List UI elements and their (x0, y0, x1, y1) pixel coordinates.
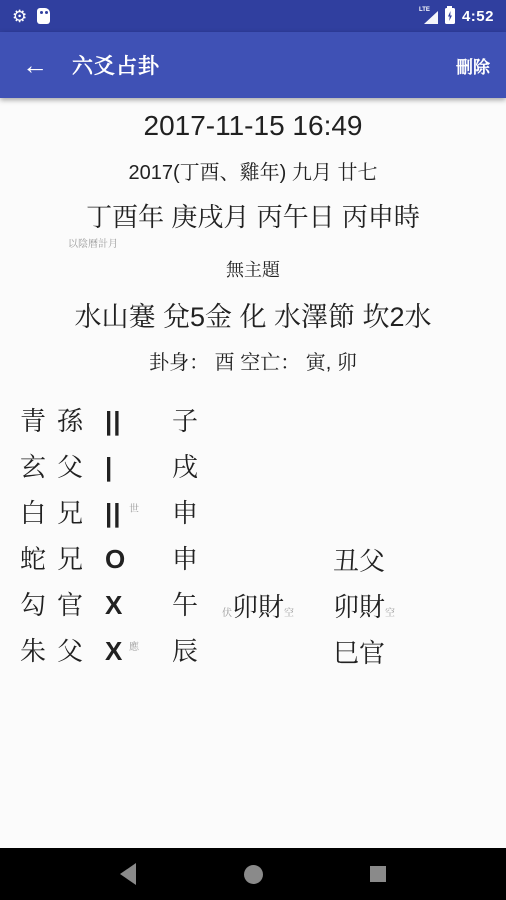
nav-home-button[interactable] (233, 854, 273, 894)
hexagram-line-row: 朱 父 X 應 辰 巳官 (0, 628, 506, 674)
six-god-label: 勾 (20, 582, 46, 628)
hexagram-line-row: 蛇 兄 O 申 丑父 (0, 536, 506, 582)
yao-symbol: X (105, 628, 123, 674)
earthly-branch-label: 午 (172, 582, 198, 628)
nav-back-button[interactable] (108, 854, 148, 894)
six-god-label: 朱 (20, 628, 46, 674)
status-bar-left: ⚙ (12, 8, 50, 25)
six-god-label: 白 (20, 490, 46, 536)
six-god-label: 青 (20, 398, 46, 444)
six-relative-label: 兄 (57, 490, 83, 536)
six-relative-label: 父 (57, 444, 83, 490)
signal-triangle (424, 11, 438, 24)
back-arrow-icon[interactable]: ← (22, 52, 48, 78)
recents-square-icon (370, 866, 386, 882)
cell-signal-icon: LTE (421, 9, 438, 24)
earthly-branch-label: 申 (172, 490, 198, 536)
hexagram-name-text: 水山蹇 兌5金 化 水澤節 坎2水 (0, 295, 506, 334)
earthly-branch-label: 申 (172, 536, 198, 582)
home-circle-icon (244, 865, 263, 884)
hexagram-lines: 青 孫 || 子 玄 父 | 戌 (0, 398, 506, 674)
changed-void-marker: 空 (385, 609, 395, 620)
ganzhi-text: 丁酉年 庚戌月 丙午日 丙申時 (0, 197, 506, 234)
hidden-spirit-group: 伏卯財空 (222, 582, 294, 628)
shi-ying-marker: 世 (129, 505, 139, 515)
notification-icon (37, 8, 50, 24)
clock-text: 4:52 (462, 8, 494, 25)
android-nav-bar (0, 848, 506, 900)
hexagram-line-row: 白 兄 || 世 申 (0, 490, 506, 536)
gua-body-void-text: 卦身： 酉 空亡： 寅, 卯 (0, 346, 506, 375)
shi-ying-marker: 應 (129, 643, 139, 653)
changed-line-group: 卯財空 (333, 582, 395, 628)
app-bar: ← 六爻占卦 刪除 (0, 32, 506, 98)
battery-bolt-icon (445, 8, 455, 24)
hexagram-line-row: 青 孫 || 子 (0, 398, 506, 444)
yao-symbol: | (105, 444, 113, 490)
six-relative-label: 父 (57, 628, 83, 674)
page-title: 六爻占卦 (72, 50, 160, 80)
yao-symbol: || (105, 398, 122, 444)
changed-line-label: 巳官 (333, 640, 385, 666)
reading-content: 2017-11-15 16:49 2017(丁酉、雞年) 九月 廿七 丁酉年 庚… (0, 98, 506, 674)
back-triangle-icon (120, 863, 136, 885)
hidden-void-marker: 空 (284, 609, 294, 620)
hidden-spirit-label: 卯財 (232, 594, 284, 620)
six-god-label: 玄 (20, 444, 46, 490)
phone-screen: ⚙ LTE 4:52 ← 六爻占卦 刪除 2017-11-15 16:49 20… (0, 0, 506, 900)
yao-symbol: X (105, 582, 123, 628)
earthly-branch-label: 辰 (172, 628, 198, 674)
six-relative-label: 孫 (57, 398, 83, 444)
status-bar-right: LTE 4:52 (421, 8, 494, 25)
gear-icon: ⚙ (12, 8, 27, 25)
six-god-label: 蛇 (20, 536, 46, 582)
earthly-branch-label: 子 (172, 398, 198, 444)
nav-recents-button[interactable] (358, 854, 398, 894)
calendar-note: 以陰曆計月 (68, 235, 506, 250)
changed-line-group: 巳官 (333, 628, 385, 674)
hexagram-line-row: 玄 父 | 戌 (0, 444, 506, 490)
earthly-branch-label: 戌 (172, 444, 198, 490)
changed-line-label: 丑父 (333, 548, 385, 574)
yao-symbol: O (105, 536, 126, 582)
battery-icon (445, 8, 455, 24)
subject-text: 無主題 (0, 256, 506, 282)
six-relative-label: 官 (57, 582, 83, 628)
yao-symbol: || (105, 490, 122, 536)
datetime-text: 2017-11-15 16:49 (0, 110, 506, 142)
hexagram-line-row: 勾 官 X 午 伏卯財空 卯財空 (0, 582, 506, 628)
six-relative-label: 兄 (57, 536, 83, 582)
changed-line-label: 卯財 (333, 594, 385, 620)
status-bar: ⚙ LTE 4:52 (0, 0, 506, 32)
hidden-prefix: 伏 (222, 609, 232, 620)
delete-button[interactable]: 刪除 (456, 53, 490, 78)
lunar-date-text: 2017(丁酉、雞年) 九月 廿七 (0, 156, 506, 185)
changed-line-group: 丑父 (333, 536, 385, 582)
